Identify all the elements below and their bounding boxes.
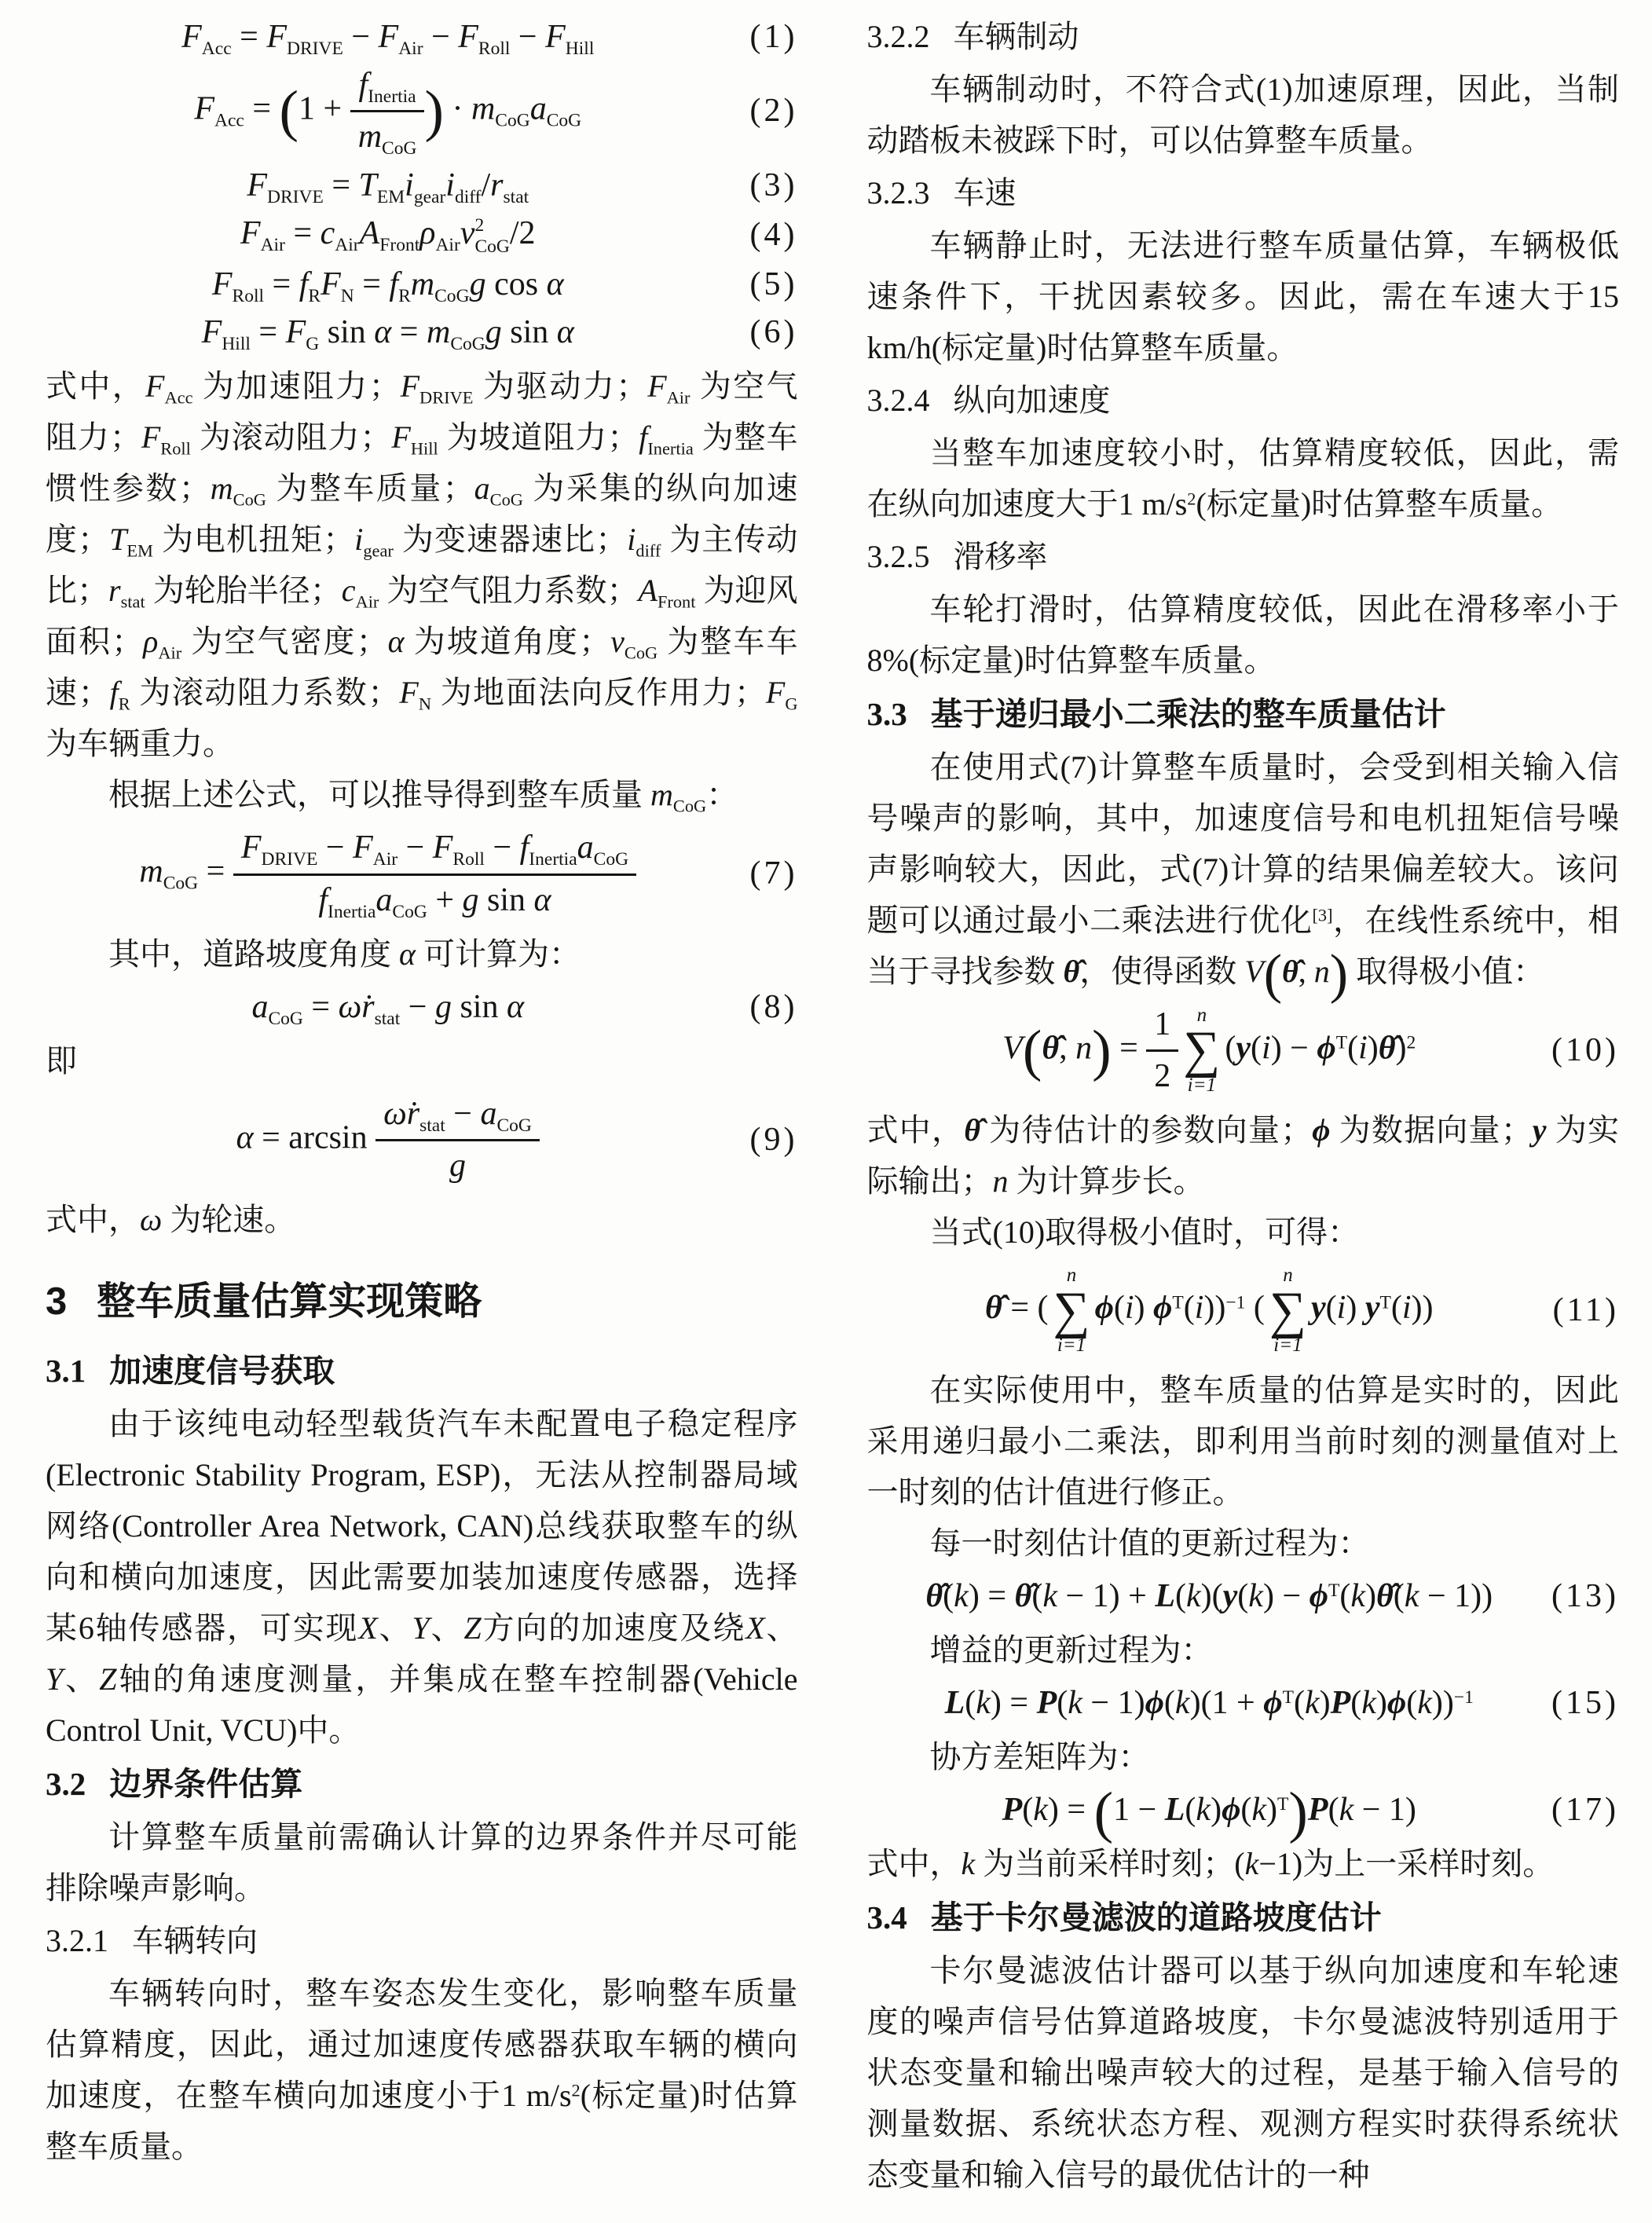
subsection-heading: 3.1加速度信号获取 <box>46 1346 798 1397</box>
equation-number: (6) <box>731 313 798 353</box>
equation-number: (7) <box>731 854 798 894</box>
paper-page: FAcc = FDRIVE − FAir − FRoll − FHill(1)F… <box>0 0 1652 2223</box>
equation-number: (4) <box>731 215 798 255</box>
equation: L(k) = P(k − 1)ϕ(k)(1 + ϕT(k)P(k)ϕ(k))−1… <box>867 1683 1620 1723</box>
paragraph: 每一时刻估计值的更新过程为： <box>867 1518 1620 1569</box>
paragraph-continuation: 式中，k 为当前采样时刻；(k−1)为上一采样时刻。 <box>867 1838 1620 1889</box>
paragraph-continuation: 即 <box>46 1035 798 1086</box>
equation-body: FDRIVE = TEMigearidiff/rstat <box>46 166 731 206</box>
equation: FAir = cAirAFrontρAirv2CoG/2(4) <box>46 214 798 257</box>
equation-body: α = arcsin ω̇rstat − aCoGg <box>46 1094 731 1186</box>
paragraph-continuation: 式中，ω 为轮速。 <box>46 1194 798 1245</box>
equation: θ̂(k) = θ̂(k − 1) + L(k)(y(k) − ϕT(k)θ̂(… <box>867 1577 1620 1617</box>
equation-body: FAcc = (1 + fInertiamCoG) · mCoGaCoG <box>46 65 731 157</box>
equation: α = arcsin ω̇rstat − aCoGg(9) <box>46 1094 798 1186</box>
subsection-heading: 3.4基于卡尔曼滤波的道路坡度估计 <box>867 1892 1620 1943</box>
paragraph: 协方差矩阵为： <box>867 1731 1620 1782</box>
paragraph: 车轮打滑时，估算精度较低，因此在滑移率小于8%(标定量)时估算整车质量。 <box>867 584 1620 686</box>
paragraph: 在使用式(7)计算整车质量时，会受到相关输入信号噪声的影响，其中，加速度信号和电… <box>867 742 1620 997</box>
subsection-heading: 3.2边界条件估算 <box>46 1759 798 1810</box>
equation-number: (13) <box>1551 1577 1619 1617</box>
equation-number: (8) <box>731 987 798 1027</box>
subsubsection-heading: 3.2.3车速 <box>867 167 1620 218</box>
equation-body: aCoG = ω̇rstat − g sin α <box>46 987 731 1027</box>
right-column: 3.2.2车辆制动车辆制动时，不符合式(1)加速原理，因此，当制动踏板未被踩下时… <box>867 9 1620 2223</box>
subsubsection-heading: 3.2.2车辆制动 <box>867 11 1620 62</box>
equation-body: FHill = FG sin α = mCoGg sin α <box>46 313 731 353</box>
equation-body: P(k) = (1 − L(k)ϕ(k)T)P(k − 1) <box>867 1790 1552 1830</box>
equation: FHill = FG sin α = mCoGg sin α(6) <box>46 313 798 353</box>
paragraph: 当式(10)取得极小值时，可得： <box>867 1207 1620 1258</box>
equation: P(k) = (1 − L(k)ϕ(k)T)P(k − 1)(17) <box>867 1790 1620 1830</box>
equation-number: (17) <box>1551 1790 1619 1830</box>
equation-body: V(θ̂, n) = 12n∑i=1(y(i) − ϕT(i)θ̂)2 <box>867 1005 1552 1097</box>
subsubsection-heading: 3.2.5滑移率 <box>867 531 1620 582</box>
equation-body: FAir = cAirAFrontρAirv2CoG/2 <box>46 214 731 257</box>
equation: FRoll = fRFN = fRmCoGg cos α(5) <box>46 265 798 305</box>
paragraph-continuation: 式中，FAcc 为加速阻力；FDRIVE 为驱动力；FAir 为空气阻力；FRo… <box>46 361 798 769</box>
paragraph: 其中，道路坡度角度 α 可计算为： <box>46 928 798 980</box>
paragraph: 计算整车质量前需确认计算的边界条件并尽可能排除噪声影响。 <box>46 1811 798 1914</box>
paragraph: 车辆制动时，不符合式(1)加速原理，因此，当制动踏板未被踩下时，可以估算整车质量… <box>867 64 1620 166</box>
paragraph: 由于该纯电动轻型载货汽车未配置电子稳定程序(Electronic Stabili… <box>46 1398 798 1756</box>
equation-body: θ̂(k) = θ̂(k − 1) + L(k)(y(k) − ϕT(k)θ̂(… <box>867 1577 1552 1617</box>
equation-number: (11) <box>1551 1291 1619 1331</box>
paragraph-continuation: 式中，θ̂ 为待估计的参数向量；ϕ 为数据向量；y 为实际输出；n 为计算步长。 <box>867 1104 1620 1207</box>
equation-number: (2) <box>731 91 798 131</box>
paragraph: 车辆转向时，整车姿态发生变化，影响整车质量估算精度，因此，通过加速度传感器获取车… <box>46 1968 798 2172</box>
equation-body: θ̂ = (n∑i=1ϕ(i) ϕT(i))−1 (n∑i=1y(i) yT(i… <box>867 1265 1552 1356</box>
paragraph: 根据上述公式，可以推导得到整车质量 mCoG： <box>46 769 798 820</box>
equation-number: (15) <box>1551 1683 1619 1723</box>
equation: FDRIVE = TEMigearidiff/rstat(3) <box>46 166 798 206</box>
subsubsection-heading: 3.2.1车辆转向 <box>46 1915 798 1966</box>
equation-number: (10) <box>1551 1031 1619 1071</box>
equation: FAcc = (1 + fInertiamCoG) · mCoGaCoG(2) <box>46 65 798 157</box>
equation-number: (9) <box>731 1120 798 1160</box>
paragraph: 增益的更新过程为： <box>867 1624 1620 1675</box>
paragraph: 卡尔曼滤波估计器可以基于纵向加速度和车轮速度的噪声信号估算道路坡度，卡尔曼滤波特… <box>867 1945 1620 2200</box>
left-column: FAcc = FDRIVE − FAir − FRoll − FHill(1)F… <box>46 9 798 2223</box>
equation-number: (3) <box>731 166 798 206</box>
equation-body: FAcc = FDRIVE − FAir − FRoll − FHill <box>46 17 731 57</box>
equation-body: FRoll = fRFN = fRmCoGg cos α <box>46 265 731 305</box>
paragraph: 当整车加速度较小时，估算精度较低，因此，需在纵向加速度大于1 m/s2(标定量)… <box>867 427 1620 529</box>
equation: aCoG = ω̇rstat − g sin α(8) <box>46 987 798 1027</box>
equation-number: (5) <box>731 265 798 305</box>
equation-number: (1) <box>731 17 798 57</box>
equation: FAcc = FDRIVE − FAir − FRoll − FHill(1) <box>46 17 798 57</box>
paragraph: 车辆静止时，无法进行整车质量估算，车辆极低速条件下，干扰因素较多。因此，需在车速… <box>867 220 1620 373</box>
equation: mCoG = FDRIVE − FAir − FRoll − fInertiaa… <box>46 828 798 920</box>
equation-body: mCoG = FDRIVE − FAir − FRoll − fInertiaa… <box>46 828 731 920</box>
section-heading: 3整车质量估算实现策略 <box>46 1278 798 1325</box>
subsubsection-heading: 3.2.4纵向加速度 <box>867 375 1620 426</box>
equation: V(θ̂, n) = 12n∑i=1(y(i) − ϕT(i)θ̂)2(10) <box>867 1005 1620 1097</box>
paragraph: 在实际使用中，整车质量的估算是实时的，因此采用递归最小二乘法，即利用当前时刻的测… <box>867 1364 1620 1518</box>
equation: θ̂ = (n∑i=1ϕ(i) ϕT(i))−1 (n∑i=1y(i) yT(i… <box>867 1265 1620 1356</box>
subsection-heading: 3.3基于递归最小二乘法的整车质量估计 <box>867 689 1620 740</box>
equation-body: L(k) = P(k − 1)ϕ(k)(1 + ϕT(k)P(k)ϕ(k))−1 <box>867 1683 1552 1723</box>
